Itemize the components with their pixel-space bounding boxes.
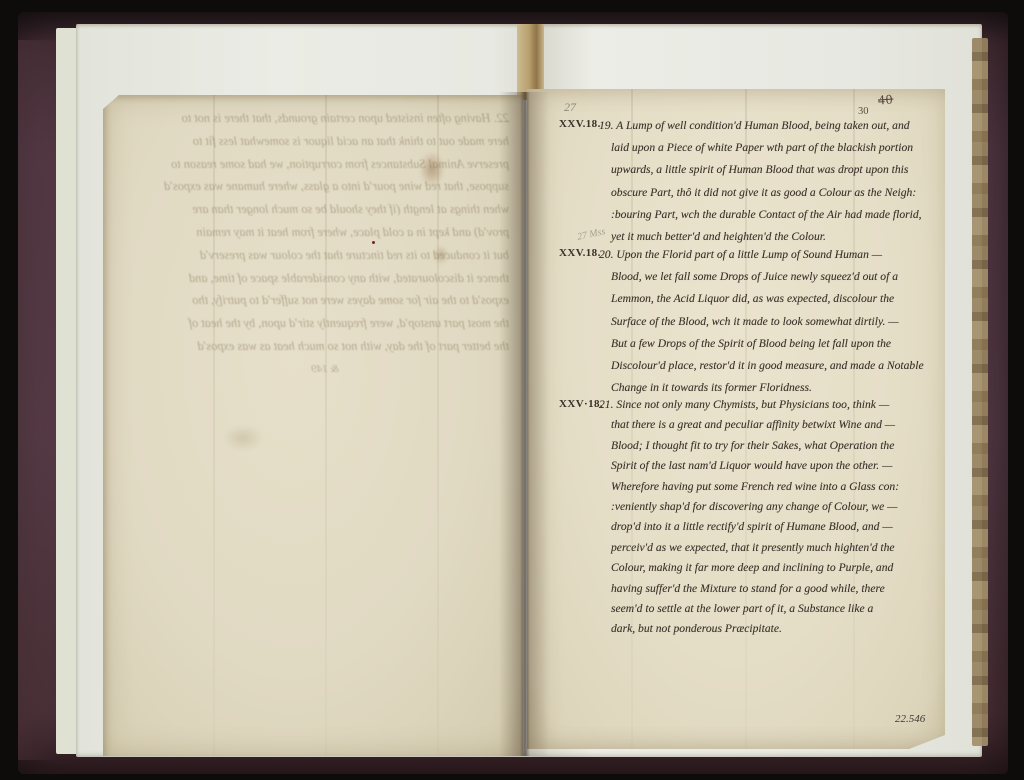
manuscript-line: 20. Upon the Florid part of a little Lum… <box>599 244 924 266</box>
manuscript-line: :veniently shap'd for discovering any ch… <box>611 497 899 517</box>
manuscript-line: Blood, we let fall some Drops of Juice n… <box>611 266 924 288</box>
margin-label: XXV.18. <box>559 247 601 259</box>
showthrough-line: 22. Having often insisted upon certain g… <box>115 107 509 130</box>
stain <box>223 425 263 451</box>
manuscript-line: dark, but not ponderous Præcipitate. <box>611 619 899 639</box>
showthrough-line: the most part unstop'd, were frequently … <box>115 312 509 335</box>
fore-edge-page-stack <box>972 38 988 746</box>
showthrough-line: thence it discolourated, with any consid… <box>115 267 509 290</box>
gutter-top-strip <box>517 24 544 100</box>
manuscript-line: that there is a great and peculiar affin… <box>611 415 899 435</box>
showthrough-line: when things at length (if they should be… <box>115 198 509 221</box>
manuscript-line: seem'd to settle at the lower part of it… <box>611 599 899 619</box>
folio-number-pencil: 27 <box>564 100 576 115</box>
manuscript-line: drop'd into it a little rectify'd spirit… <box>611 517 899 537</box>
showthrough-line: but it conduced to its red tincture that… <box>115 244 509 267</box>
left-manuscript-page: 22. Having often insisted upon certain g… <box>103 95 523 756</box>
manuscript-line: 19. A Lump of well condition'd Human Blo… <box>599 115 922 137</box>
manuscript-line: But a few Drops of the Spirit of Blood b… <box>611 333 924 355</box>
manuscript-line: Wherefore having put some French red win… <box>611 477 899 497</box>
manuscript-line: Blood; I thought fit to try for their Sa… <box>611 436 899 456</box>
showthrough-text: 22. Having often insisted upon certain g… <box>115 107 509 381</box>
manuscript-line: Colour, making it far more deep and incl… <box>611 558 899 578</box>
margin-label: XXV.18. <box>559 118 601 130</box>
showthrough-line: expos'd to the air for some dayes were n… <box>115 289 509 312</box>
margin-label: XXV·18. <box>559 398 603 410</box>
manuscript-line: upwards, a little spirit of Human Blood … <box>611 159 922 181</box>
manuscript-line: obscure Part, thô it did not give it as … <box>611 182 922 204</box>
showthrough-line: here made out to think that an acid liqu… <box>115 130 509 153</box>
right-manuscript-page: 27 30 40 27 Mss 22.546 XXV.18. 19. A Lum… <box>527 89 945 749</box>
catalog-number: 22.546 <box>895 713 925 725</box>
book-photograph: 22. Having often insisted upon certain g… <box>0 0 1024 780</box>
showthrough-line: suppose, that red wine pour'd into a gla… <box>115 175 509 198</box>
showthrough-line: preserve Animal Substances from corrupti… <box>115 153 509 176</box>
manuscript-line: 21. Since not only many Chymists, but Ph… <box>599 395 899 415</box>
manuscript-line: perceiv'd as we expected, that it presen… <box>611 538 899 558</box>
showthrough-line: prov'd) and kept in a cold place, where … <box>115 221 509 244</box>
manuscript-line: having suffer'd the Mixture to stand for… <box>611 579 899 599</box>
manuscript-line: Surface of the Blood, wch it made to loo… <box>611 311 924 333</box>
gutter-shadow <box>499 92 549 756</box>
showthrough-footer: & 149 <box>115 358 339 381</box>
showthrough-line: the better part of the day, with not so … <box>115 335 509 358</box>
pencil-annotation: 27 Mss <box>576 226 606 243</box>
folio-number-cancelled: 40 <box>877 91 894 108</box>
manuscript-line: :bouring Part, wch the durable Contact o… <box>611 204 922 226</box>
manuscript-line: Spirit of the last nam'd Liquor would ha… <box>611 456 899 476</box>
manuscript-line: laid upon a Piece of white Paper wth par… <box>611 137 922 159</box>
manuscript-line: Discolour'd place, restor'd it in good m… <box>611 355 924 377</box>
manuscript-line: Lemmon, the Acid Liquor did, as was expe… <box>611 288 924 310</box>
